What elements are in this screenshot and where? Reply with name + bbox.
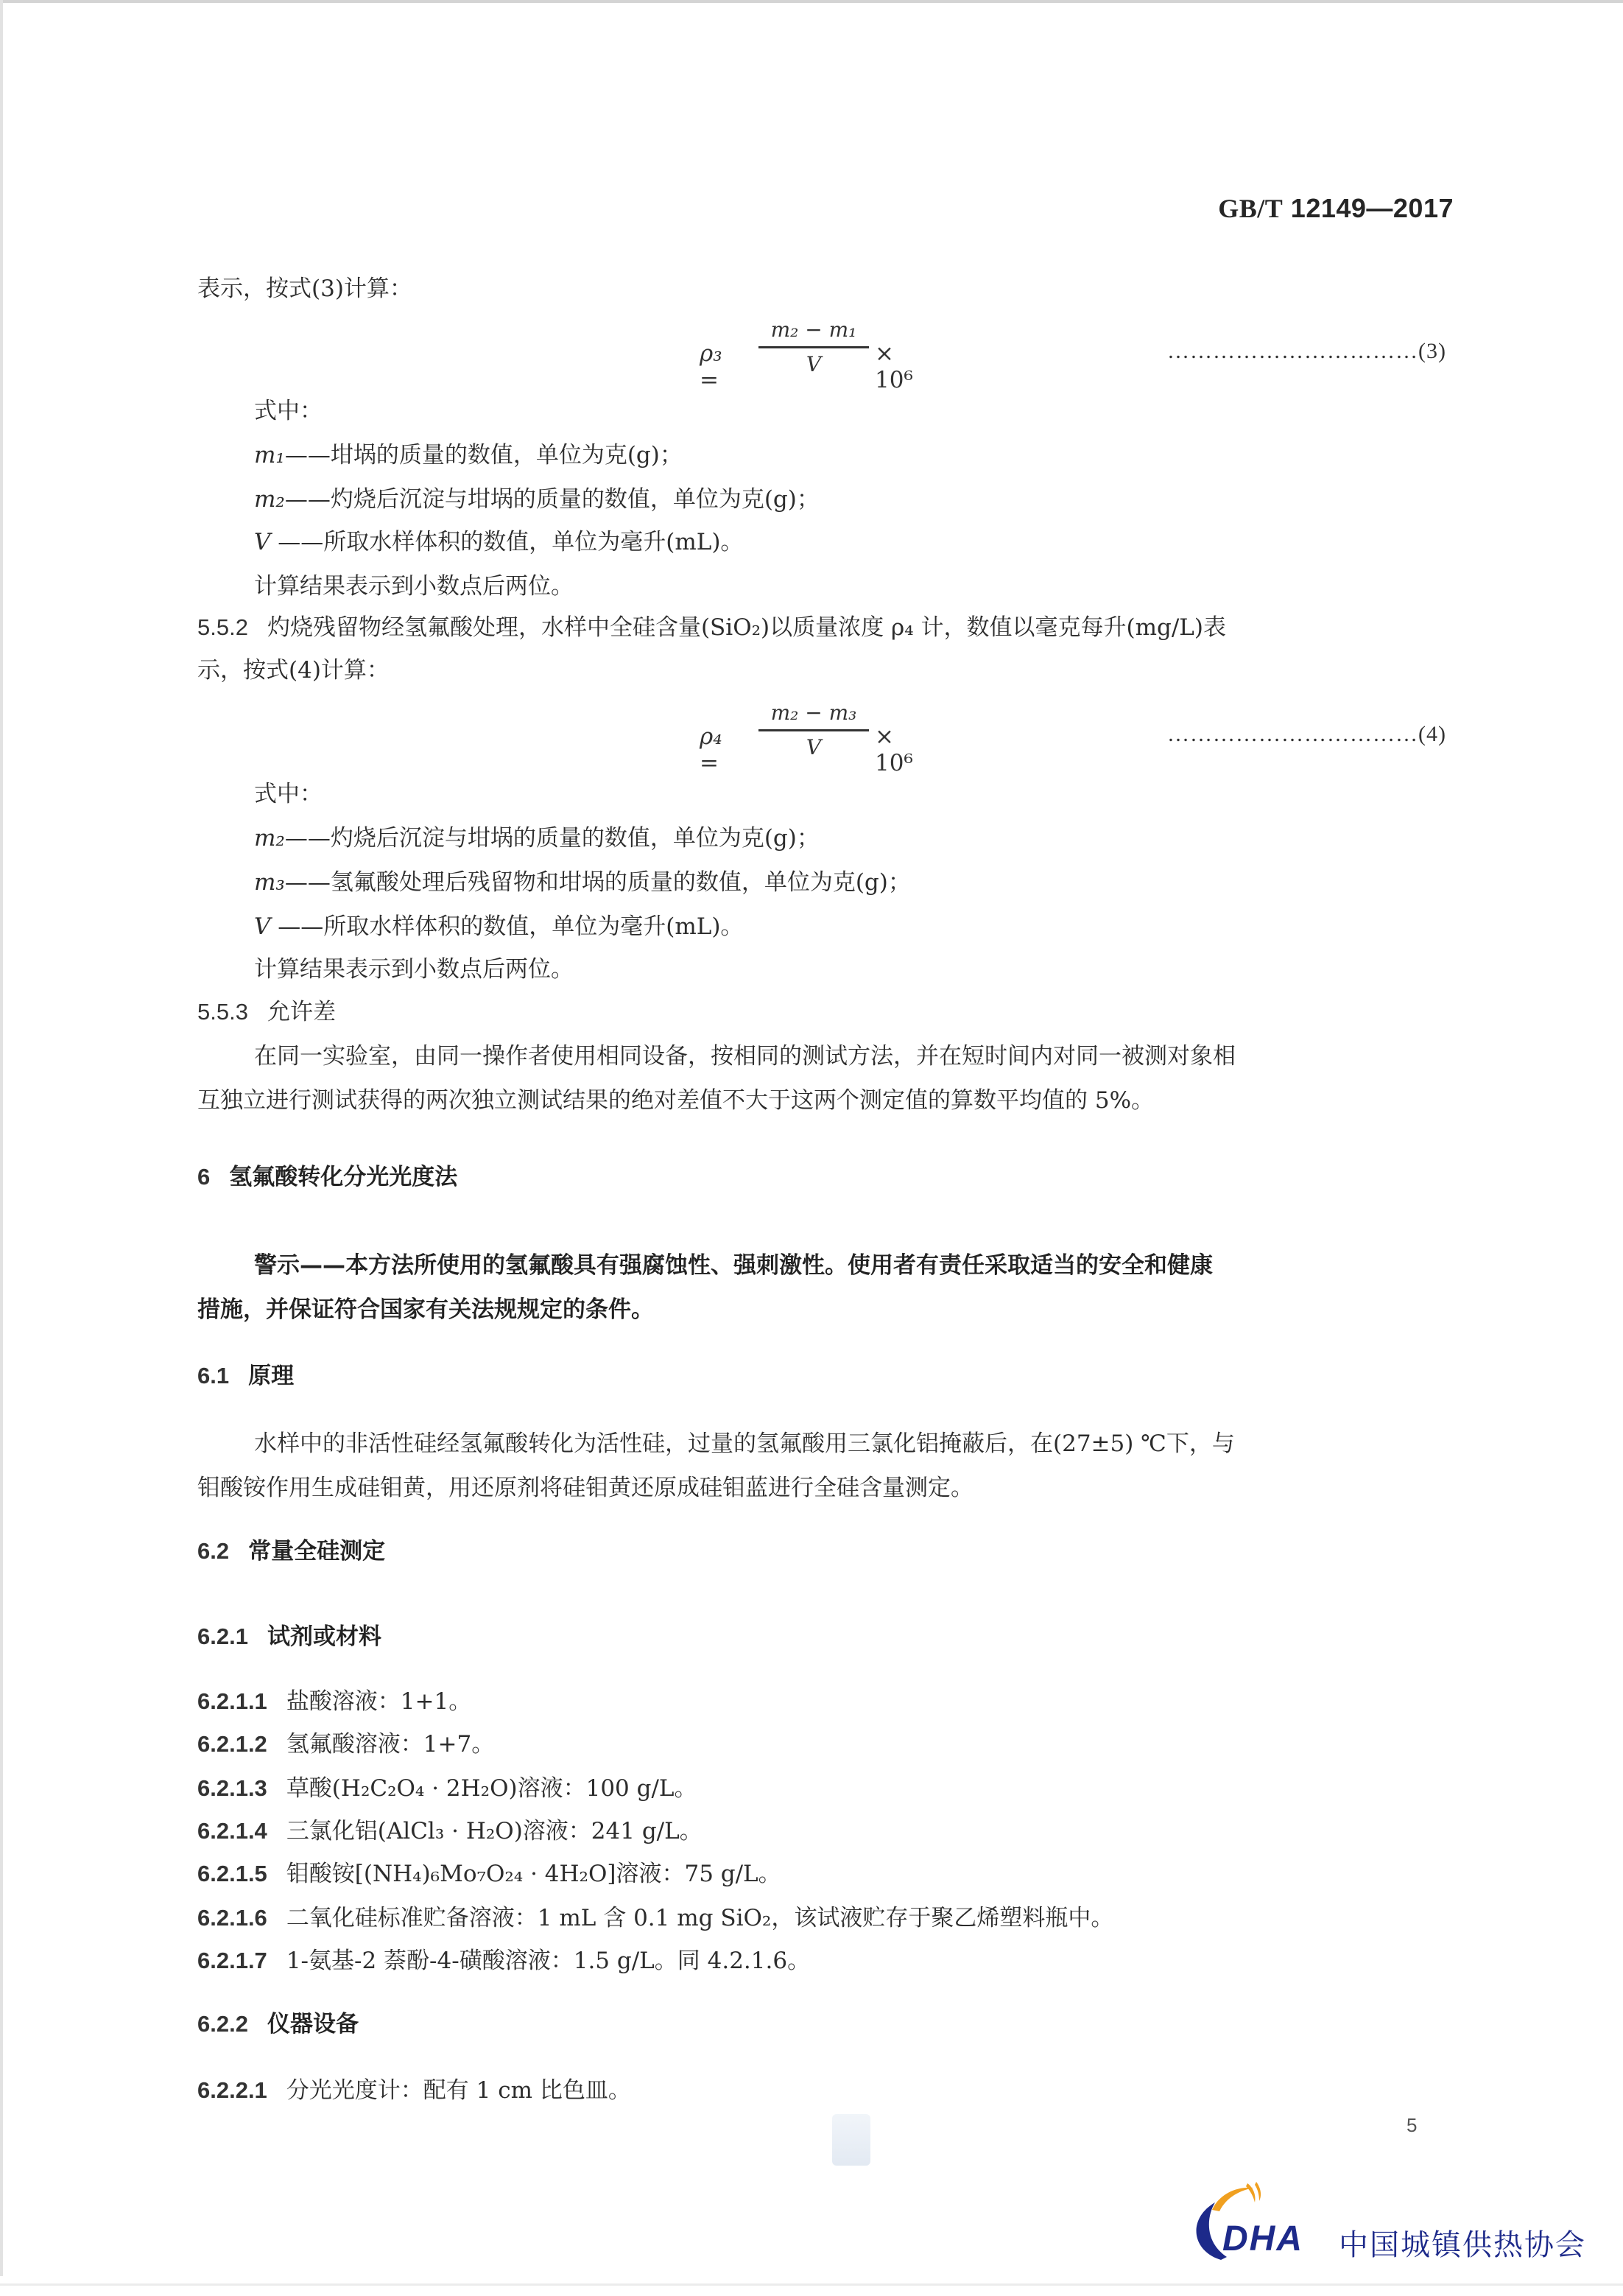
scan-artifact	[832, 2114, 870, 2166]
reagent-item: 6.2.1.5钼酸铵[(NH₄)₆Mo₇O₂₄ · 4H₂O]溶液：75 g/L…	[197, 1859, 781, 1889]
item-text: 1-氨基-2 萘酚-4-磺酸溶液：1.5 g/L。同 4.2.1.6。	[286, 1948, 810, 1974]
definition-symbol: m₃	[254, 869, 285, 896]
item-number: 6.2.1.6	[197, 1905, 267, 1931]
clause-6-2-heading: 6.2常量全硅测定	[197, 1537, 385, 1566]
chapter-6-heading: 6氢氟酸转化分光光度法	[197, 1162, 457, 1192]
definition-text: ——所取水样体积的数值，单位为毫升(mL)。	[270, 913, 743, 940]
standard-code: GB/T 12149—2017	[1218, 193, 1454, 224]
reagent-item: 6.2.1.71-氨基-2 萘酚-4-磺酸溶液：1.5 g/L。同 4.2.1.…	[197, 1946, 810, 1976]
item-text: 盐酸溶液：1+1。	[286, 1688, 471, 1715]
item-number: 6.2.1.4	[197, 1818, 267, 1844]
definition-symbol: V	[254, 913, 270, 940]
clause-number: 5.5.3	[197, 999, 248, 1025]
item-text: 分光光度计：配有 1 cm 比色皿。	[286, 2077, 631, 2104]
formula-3-multiplier: × 10⁶	[875, 340, 913, 393]
reagent-item: 6.2.1.1盐酸溶液：1+1。	[197, 1687, 471, 1716]
logo-mark-text: DHA	[1222, 2219, 1303, 2259]
clause-5-5-3-heading: 5.5.3允许差	[197, 997, 336, 1027]
item-text: 钼酸铵[(NH₄)₆Mo₇O₂₄ · 4H₂O]溶液：75 g/L。	[286, 1861, 781, 1887]
fraction-bar	[758, 346, 869, 348]
definition-symbol: V	[254, 529, 270, 555]
page-number: 5	[1407, 2114, 1417, 2137]
item-text: 氢氟酸溶液：1+7。	[286, 1731, 494, 1758]
rounding-note: 计算结果表示到小数点后两位。	[254, 955, 574, 984]
formula-4-numerator: m₂ − m₃	[758, 700, 869, 726]
clause-number: 6.1	[197, 1363, 229, 1389]
formula-4-multiplier: × 10⁶	[875, 723, 913, 776]
clause-title: 原理	[248, 1363, 294, 1389]
definition-symbol: m₂	[254, 825, 285, 852]
clause-title: 允许差	[267, 999, 336, 1025]
equation-number-3: ……………………………(3)	[1167, 339, 1446, 364]
equipment-item: 6.2.2.1分光光度计：配有 1 cm 比色皿。	[197, 2076, 631, 2105]
clause-number: 6.2.1	[197, 1623, 248, 1649]
definition-symbol: m₂	[254, 486, 285, 513]
principle-text-cont: 钼酸铵作用生成硅钼黄，用还原剂将硅钼黄还原成硅钼蓝进行全硅含量测定。	[197, 1473, 974, 1503]
definition-item: m₂——灼烧后沉淀与坩埚的质量的数值，单位为克(g)；	[254, 485, 820, 514]
cdha-logo: DHA 中国城镇供热协会	[1186, 2180, 1598, 2261]
definition-item: m₃——氢氟酸处理后残留物和坩埚的质量的数值，单位为克(g)；	[254, 868, 911, 897]
clause-5-5-2-cont: 示，按式(4)计算：	[197, 656, 390, 685]
definition-item: V ——所取水样体积的数值，单位为毫升(mL)。	[254, 912, 743, 941]
where-label: 式中：	[254, 396, 323, 426]
clause-title: 仪器设备	[267, 2011, 359, 2037]
clause-6-2-1-heading: 6.2.1试剂或材料	[197, 1622, 381, 1651]
item-text: 二氧化硅标准贮备溶液：1 mL 含 0.1 mg SiO₂，该试液贮存于聚乙烯塑…	[286, 1905, 1114, 1931]
standard-prefix: GB/T	[1218, 194, 1283, 223]
definition-symbol: m₁	[254, 442, 285, 468]
formula-3-fraction: m₂ − m₁ V	[758, 317, 869, 378]
rounding-note: 计算结果表示到小数点后两位。	[254, 572, 574, 601]
formula-3-intro: 表示，按式(3)计算：	[197, 274, 412, 303]
reagent-item: 6.2.1.2氢氟酸溶液：1+7。	[197, 1730, 494, 1759]
clause-5-5-3-text: 在同一实验室，由同一操作者使用相同设备，按相同的测试方法，并在短时间内对同一被测…	[254, 1042, 1236, 1071]
definition-text: ——氢氟酸处理后残留物和坩埚的质量的数值，单位为克(g)；	[285, 869, 911, 896]
item-number: 6.2.1.1	[197, 1688, 267, 1714]
reagent-item: 6.2.1.6二氧化硅标准贮备溶液：1 mL 含 0.1 mg SiO₂，该试液…	[197, 1903, 1113, 1933]
clause-number: 6.2	[197, 1538, 229, 1564]
definition-item: m₂——灼烧后沉淀与坩埚的质量的数值，单位为克(g)；	[254, 824, 820, 853]
clause-6-2-2-heading: 6.2.2仪器设备	[197, 2009, 359, 2039]
formula-4-lhs: ρ₄ =	[700, 723, 722, 776]
formula-3-lhs: ρ₃ =	[700, 340, 722, 393]
clause-5-5-2: 5.5.2灼烧残留物经氢氟酸处理，水样中全硅含量(SiO₂)以质量浓度 ρ₄ 计…	[197, 613, 1226, 642]
item-number: 6.2.1.3	[197, 1775, 267, 1801]
clause-6-1-heading: 6.1原理	[197, 1361, 294, 1391]
item-text: 草酸(H₂C₂O₄ · 2H₂O)溶液：100 g/L。	[286, 1775, 697, 1802]
clause-number: 6.2.2	[197, 2011, 248, 2037]
definition-text: ——灼烧后沉淀与坩埚的质量的数值，单位为克(g)；	[285, 486, 820, 513]
item-number: 6.2.1.2	[197, 1731, 267, 1757]
where-label: 式中：	[254, 779, 323, 809]
item-number: 6.2.1.7	[197, 1948, 267, 1973]
item-number: 6.2.1.5	[197, 1861, 267, 1886]
clause-5-5-3-text-cont: 互独立进行测试获得的两次独立测试结果的绝对差值不大于这两个测定值的算数平均值的 …	[197, 1086, 1154, 1115]
scan-left-edge	[0, 0, 3, 2276]
reagent-item: 6.2.1.3草酸(H₂C₂O₄ · 2H₂O)溶液：100 g/L。	[197, 1774, 697, 1803]
page-bottom-divider	[0, 2283, 1623, 2286]
logo-org-name: 中国城镇供热协会	[1339, 2222, 1586, 2264]
fraction-bar	[758, 729, 869, 731]
definition-text: ——灼烧后沉淀与坩埚的质量的数值，单位为克(g)；	[285, 825, 820, 852]
standard-number: 12149—2017	[1291, 193, 1454, 223]
clause-number: 5.5.2	[197, 614, 248, 640]
formula-4-denominator: V	[758, 734, 869, 761]
item-text: 三氯化铝(AlCl₃ · H₂O)溶液：241 g/L。	[286, 1818, 703, 1844]
definition-text: ——所取水样体积的数值，单位为毫升(mL)。	[270, 529, 743, 555]
clause-title: 常量全硅测定	[248, 1538, 385, 1565]
formula-4-fraction: m₂ − m₃ V	[758, 700, 869, 761]
clause-title: 试剂或材料	[267, 1623, 381, 1650]
scan-top-edge	[0, 0, 1623, 3]
item-number: 6.2.2.1	[197, 2077, 267, 2103]
warning-text: 警示——本方法所使用的氢氟酸具有强腐蚀性、强刺激性。使用者有责任采取适当的安全和…	[254, 1251, 1213, 1280]
reagent-item: 6.2.1.4三氯化铝(AlCl₃ · H₂O)溶液：241 g/L。	[197, 1816, 703, 1846]
definition-item: m₁——坩埚的质量的数值，单位为克(g)；	[254, 440, 683, 470]
formula-3-denominator: V	[758, 351, 869, 378]
chapter-number: 6	[197, 1164, 210, 1190]
definition-item: V ——所取水样体积的数值，单位为毫升(mL)。	[254, 527, 743, 557]
warning-text-cont: 措施，并保证符合国家有关法规规定的条件。	[197, 1295, 654, 1324]
definition-text: ——坩埚的质量的数值，单位为克(g)；	[285, 442, 683, 468]
formula-3-numerator: m₂ − m₁	[758, 317, 869, 343]
clause-text: 灼烧残留物经氢氟酸处理，水样中全硅含量(SiO₂)以质量浓度 ρ₄ 计，数值以毫…	[267, 614, 1226, 641]
principle-text: 水样中的非活性硅经氢氟酸转化为活性硅，过量的氢氟酸用三氯化铝掩蔽后，在(27±5…	[254, 1429, 1235, 1458]
equation-number-4: ……………………………(4)	[1167, 722, 1446, 747]
chapter-title: 氢氟酸转化分光光度法	[229, 1164, 457, 1190]
